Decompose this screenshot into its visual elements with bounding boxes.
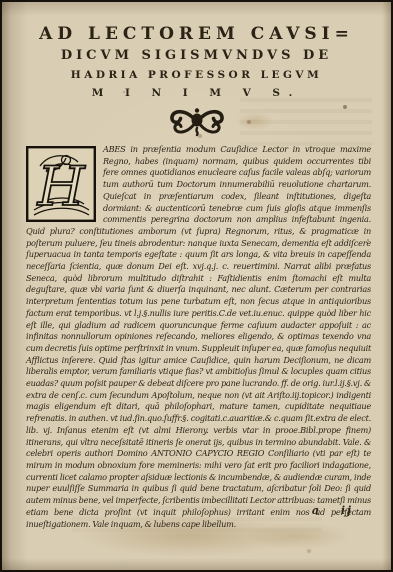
signature-mark: a ij xyxy=(312,504,353,517)
ornament-row xyxy=(2,107,391,137)
heading-line-3: HADRIA PROFESSOR LEGVM xyxy=(2,68,391,82)
heading-line-1: AD LECTOREM CAVSI= xyxy=(2,24,391,44)
woodcut-initial-H: H xyxy=(26,146,96,222)
book-page-scan: AD LECTOREM CAVSI= DICVM SIGISMVNDVS DE … xyxy=(0,0,393,572)
heading: AD LECTOREM CAVSI= DICVM SIGISMVNDVS DE … xyxy=(2,2,391,100)
body-text-block: H ABES in præſentia modum Cauſidice Lect… xyxy=(26,144,371,530)
page: AD LECTOREM CAVSI= DICVM SIGISMVNDVS DE … xyxy=(2,2,391,570)
heading-line-2: DICVM SIGISMVNDVS DE xyxy=(2,47,391,64)
drop-cap-letter: H xyxy=(37,155,86,218)
fleuron-ornament-icon xyxy=(165,107,229,137)
heading-line-4: M I N I M V S. xyxy=(2,86,391,100)
